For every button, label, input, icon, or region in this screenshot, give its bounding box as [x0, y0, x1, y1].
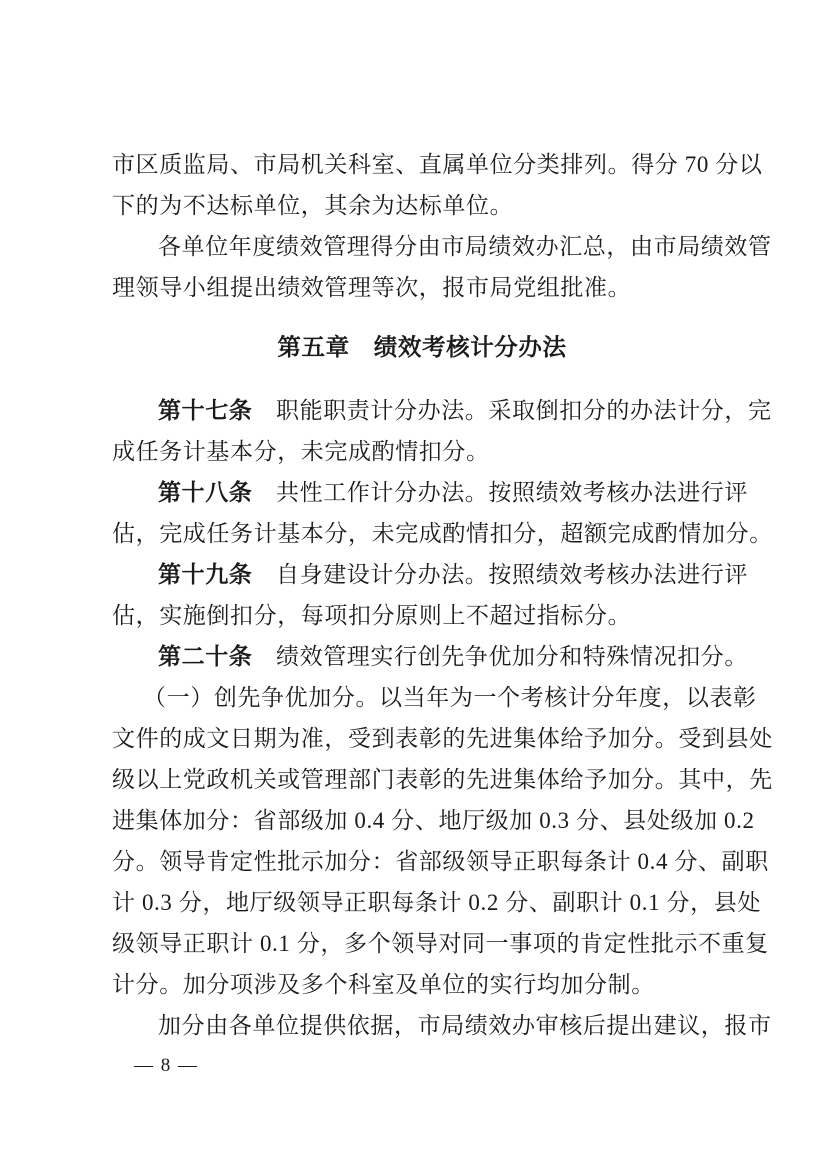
text-line: 各单位年度绩效管理得分由市局绩效办汇总，由市局绩效管 — [112, 226, 732, 267]
text-line: 进集体加分：省部级加 0.4 分、地厅级加 0.3 分、县处级加 0.2 — [112, 800, 732, 841]
text-line: 第十九条 自身建设计分办法。按照绩效考核办法进行评 — [112, 554, 732, 595]
text-line: 市区质监局、市局机关科室、直属单位分类排列。得分 70 分以 — [112, 144, 732, 185]
article-number: 第二十条 — [158, 643, 252, 669]
article-number: 第十七条 — [158, 397, 252, 423]
document-page: 市区质监局、市局机关科室、直属单位分类排列。得分 70 分以下的为不达标单位，其… — [0, 0, 827, 1169]
text-line: （一）创先争优加分。以当年为一个考核计分年度，以表彰 — [112, 677, 732, 718]
text-line: 估，实施倒扣分，每项扣分原则上不超过指标分。 — [112, 595, 732, 636]
text-line: 计 0.3 分，地厅级领导正职每条计 0.2 分、副职计 0.1 分，县处 — [112, 882, 732, 923]
page-content: 市区质监局、市局机关科室、直属单位分类排列。得分 70 分以下的为不达标单位，其… — [112, 144, 732, 1046]
text-line: 估，完成任务计基本分，未完成酌情扣分，超额完成酌情加分。 — [112, 513, 732, 554]
text-line: 理领导小组提出绩效管理等次，报市局党组批准。 — [112, 267, 732, 308]
article-number: 第十八条 — [158, 479, 252, 505]
text-line: 计分。加分项涉及多个科室及单位的实行均加分制。 — [112, 964, 732, 1005]
text-line: 加分由各单位提供依据，市局绩效办审核后提出建议，报市 — [112, 1005, 732, 1046]
text-line: 下的为不达标单位，其余为达标单位。 — [112, 185, 732, 226]
text-line: 分。领导肯定性批示加分：省部级领导正职每条计 0.4 分、副职 — [112, 841, 732, 882]
chapter-heading: 第五章 绩效考核计分办法 — [112, 325, 732, 369]
text-line: 第十七条 职能职责计分办法。采取倒扣分的办法计分，完 — [112, 390, 732, 431]
text-line: 第十八条 共性工作计分办法。按照绩效考核办法进行评 — [112, 472, 732, 513]
article-number: 第十九条 — [158, 561, 252, 587]
text-line: 第二十条 绩效管理实行创先争优加分和特殊情况扣分。 — [112, 636, 732, 677]
body-paragraphs: 第十七条 职能职责计分办法。采取倒扣分的办法计分，完成任务计基本分，未完成酌情扣… — [112, 390, 732, 1046]
text-line: 级以上党政机关或管理部门表彰的先进集体给予加分。其中，先 — [112, 759, 732, 800]
text-line: 文件的成文日期为准，受到表彰的先进集体给予加分。受到县处 — [112, 718, 732, 759]
text-line: 级领导正职计 0.1 分，多个领导对同一事项的肯定性批示不重复 — [112, 923, 732, 964]
text-line: 成任务计基本分，未完成酌情扣分。 — [112, 431, 732, 472]
page-number: — 8 — — [134, 1054, 199, 1078]
intro-paragraphs: 市区质监局、市局机关科室、直属单位分类排列。得分 70 分以下的为不达标单位，其… — [112, 144, 732, 308]
